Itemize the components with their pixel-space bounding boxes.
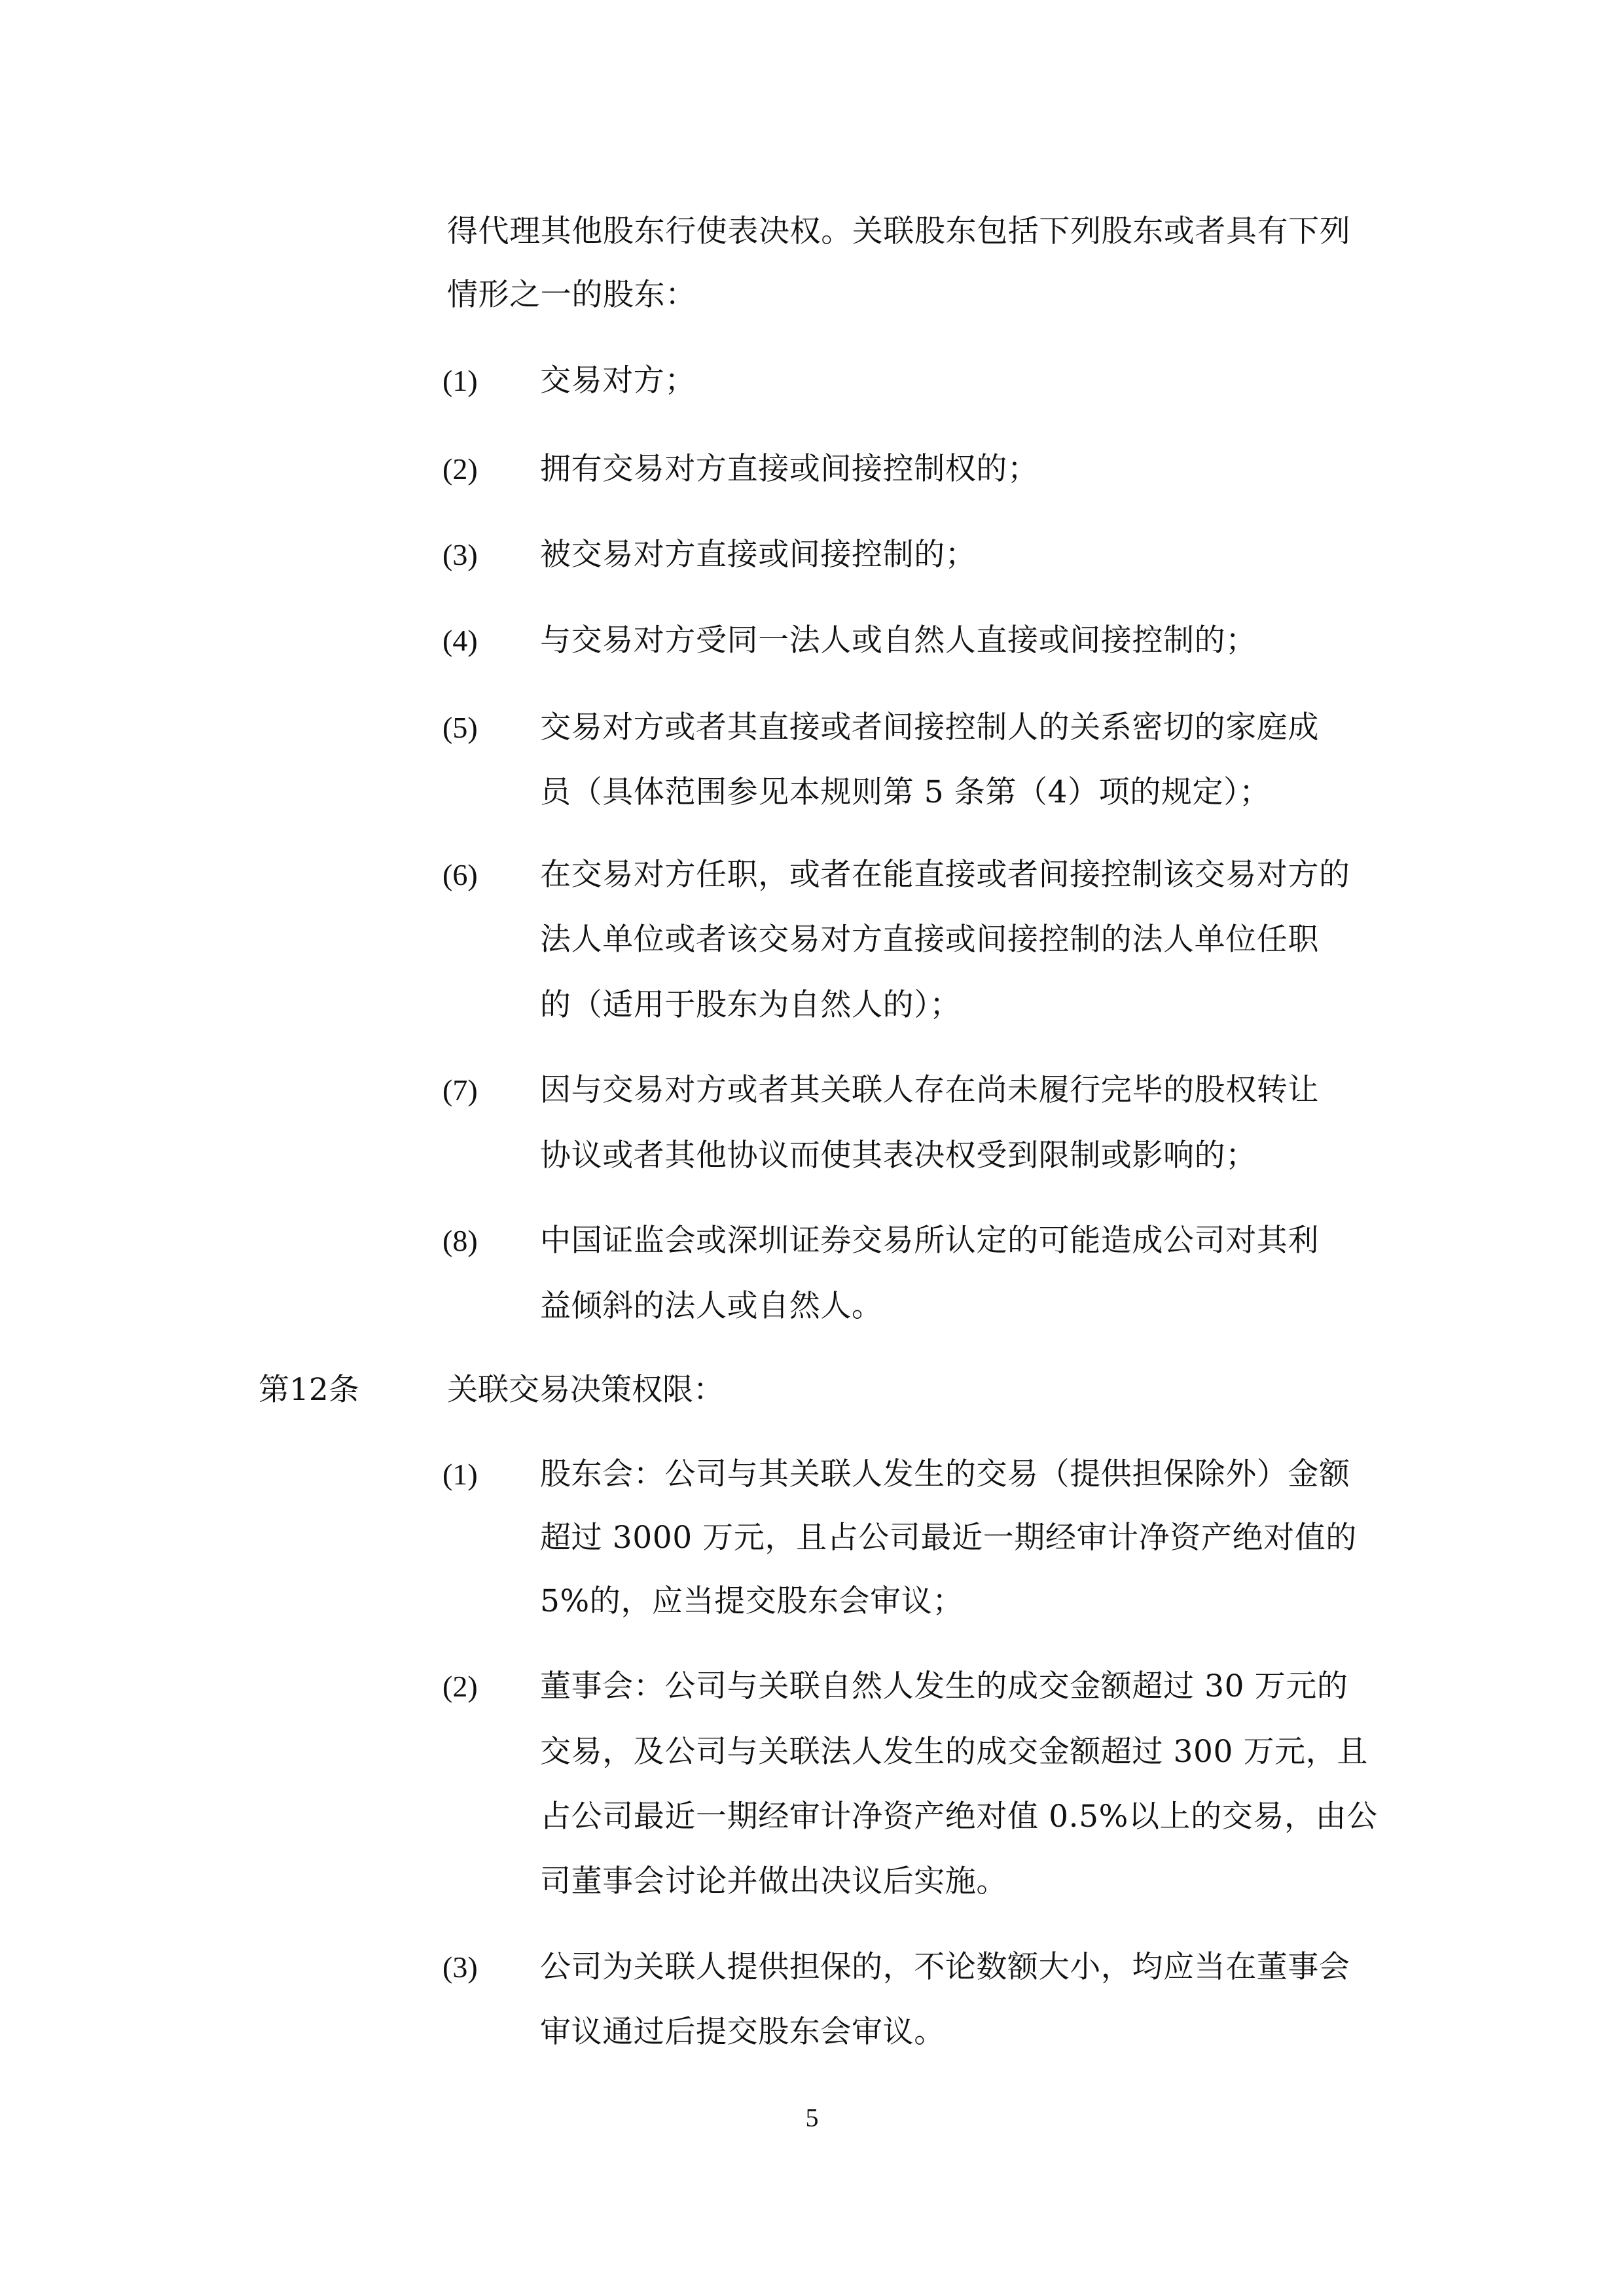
- item-text: 员（具体范围参见本规则第 5 条第（4）项的规定）；: [540, 773, 1271, 812]
- item-text: 交易对方或者其直接或者间接控制人的关系密切的家庭成: [540, 708, 1388, 747]
- item-text: 拥有交易对方直接或间接控制权的；: [540, 450, 1039, 489]
- item-number: (1): [442, 361, 478, 401]
- item-text: 被交易对方直接或间接控制的；: [540, 535, 976, 575]
- item-text: 审议通过后提交股东会审议。: [540, 2013, 945, 2052]
- intro-line-1: 得代理其他股东行使表决权。关联股东包括下列股东或者具有下列: [447, 212, 1295, 251]
- item-number: (8): [442, 1221, 478, 1261]
- article-title: 关联交易决策权限：: [447, 1371, 724, 1410]
- item-text: 法人单位或者该交易对方直接或间接控制的法人单位任职: [540, 920, 1319, 960]
- item-text: 5%的，应当提交股东会审议；: [540, 1582, 964, 1621]
- item-number: (3): [442, 1948, 478, 1987]
- item-text: 交易，及公司与关联法人发生的成交金额超过 300 万元，且: [540, 1732, 1368, 1772]
- item-text: 在交易对方任职，或者在能直接或者间接控制该交易对方的: [540, 855, 1350, 895]
- item-number: (1): [442, 1455, 478, 1494]
- page-number: 5: [0, 2100, 1624, 2136]
- item-text: 交易对方；: [540, 361, 696, 401]
- item-text: 益倾斜的法人或自然人。: [540, 1287, 883, 1326]
- item-text: 超过 3000 万元，且占公司最近一期经审计净资产绝对值的: [540, 1518, 1357, 1558]
- item-text: 协议或者其他协议而使其表决权受到限制或影响的；: [540, 1136, 1257, 1175]
- article-label: 第12条: [259, 1371, 359, 1410]
- item-number: (5): [442, 708, 478, 747]
- item-number: (2): [442, 1667, 478, 1706]
- item-text: 与交易对方受同一法人或自然人直接或间接控制的；: [540, 621, 1257, 660]
- item-number: (6): [442, 855, 478, 895]
- intro-line-2: 情形之一的股东：: [447, 276, 696, 315]
- item-text: 占公司最近一期经审计净资产绝对值 0.5%以上的交易，由公: [540, 1797, 1378, 1837]
- item-text: 司董事会讨论并做出决议后实施。: [540, 1862, 1007, 1901]
- item-text: 股东会：公司与其关联人发生的交易（提供担保除外）金额: [540, 1455, 1350, 1494]
- item-number: (4): [442, 621, 478, 660]
- item-text: 董事会：公司与关联自然人发生的成交金额超过 30 万元的: [540, 1667, 1348, 1706]
- item-number: (7): [442, 1071, 478, 1110]
- item-text: 因与交易对方或者其关联人存在尚未履行完毕的股权转让: [540, 1071, 1319, 1110]
- item-text: 中国证监会或深圳证券交易所认定的可能造成公司对其利: [540, 1221, 1319, 1261]
- item-number: (3): [442, 535, 478, 575]
- item-number: (2): [442, 450, 478, 489]
- item-text: 公司为关联人提供担保的，不论数额大小，均应当在董事会: [540, 1948, 1350, 1987]
- item-text: 的（适用于股东为自然人的）；: [540, 986, 961, 1025]
